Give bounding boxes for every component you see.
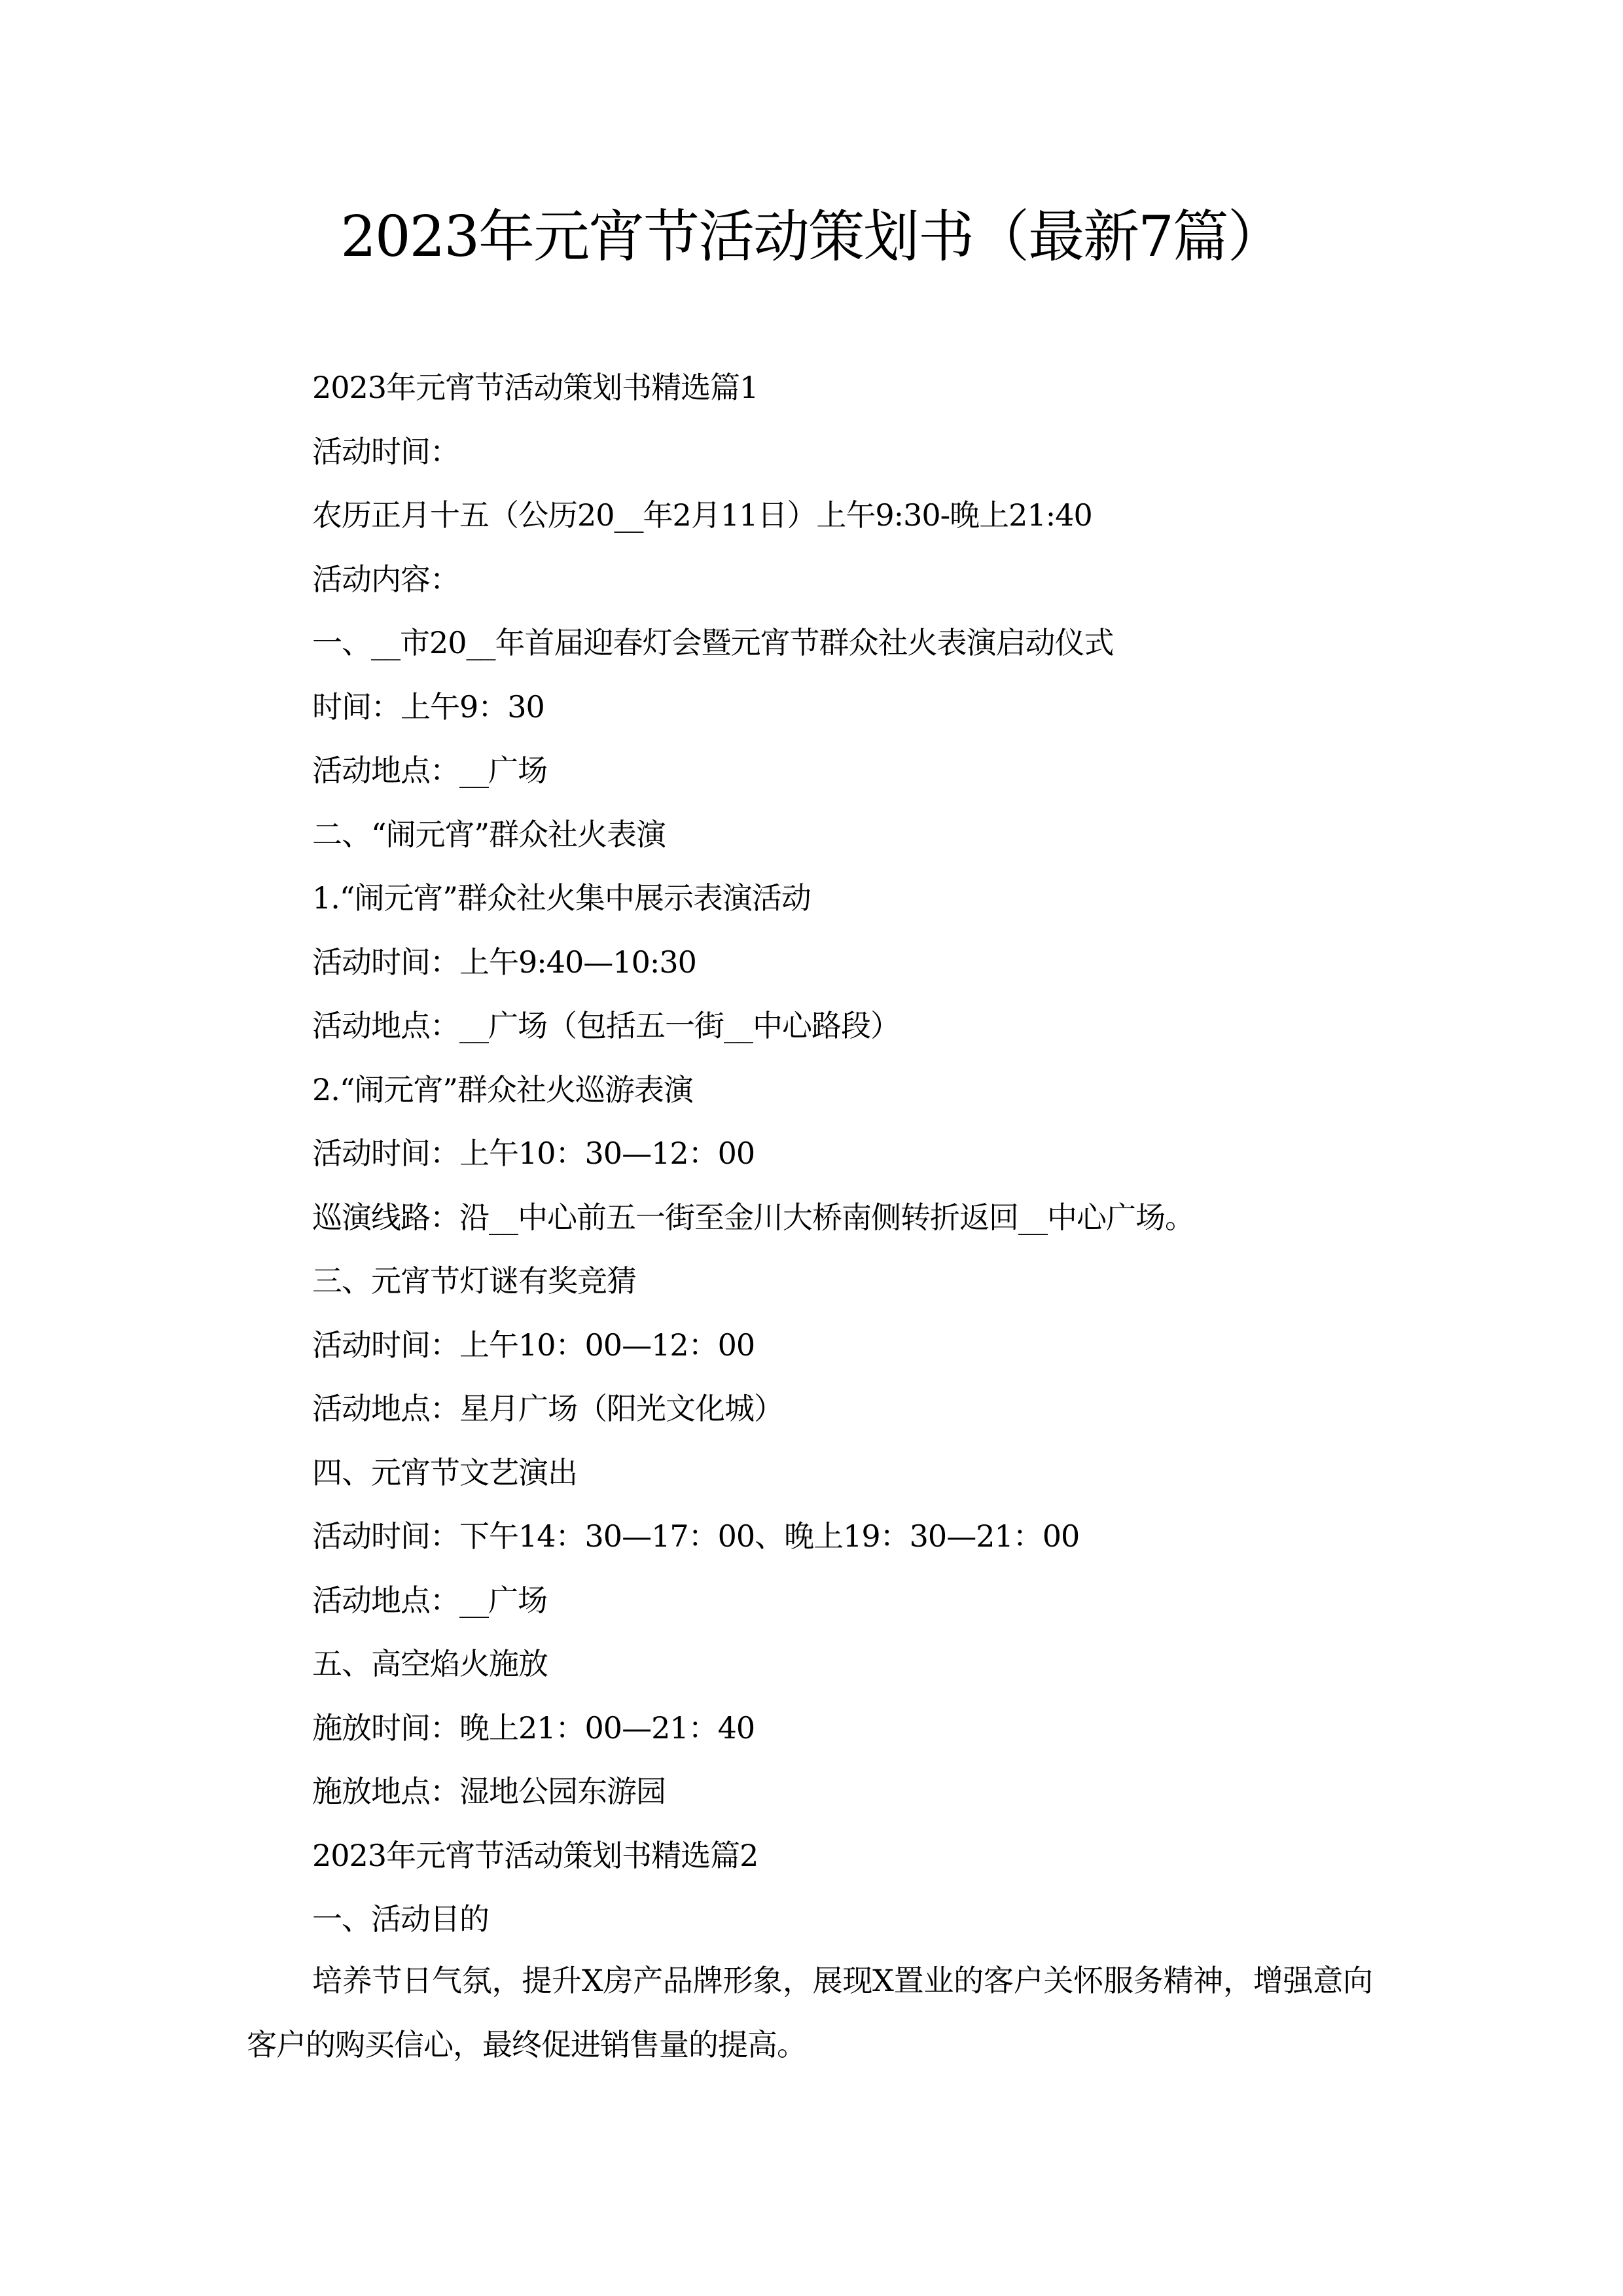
text-line: 2.“闹元宵”群众社火巡游表演 <box>312 1058 1385 1122</box>
text-line: 活动时间： <box>312 420 1385 484</box>
document-page: 2023年元宵节活动策划书（最新7篇） 2023年元宵节活动策划书精选篇1 活动… <box>0 0 1623 2296</box>
text-line: 活动内容： <box>312 548 1385 612</box>
text-line: 活动时间：上午10：30—12：00 <box>312 1122 1385 1186</box>
text-line: 活动时间：上午9:40—10:30 <box>312 931 1385 995</box>
section-heading: 2023年元宵节活动策划书精选篇2 <box>312 1824 1385 1888</box>
subsection-heading: 一、活动目的 <box>312 1888 1385 1952</box>
text-line: 五、高空焰火施放 <box>312 1632 1385 1696</box>
document-title: 2023年元宵节活动策划书（最新7篇） <box>0 198 1623 276</box>
text-line: 农历正月十五（公历20__年2月11日）上午9:30-晚上21:40 <box>312 484 1385 548</box>
text-line: 活动地点：__广场 <box>312 739 1385 803</box>
text-line: 活动地点：__广场（包括五一街__中心路段） <box>312 994 1385 1058</box>
text-line: 施放地点：湿地公园东游园 <box>312 1760 1385 1824</box>
text-line: 二、“闹元宵”群众社火表演 <box>312 803 1385 867</box>
text-line: 活动时间：上午10：00—12：00 <box>312 1314 1385 1378</box>
document-body: 2023年元宵节活动策划书精选篇1 活动时间： 农历正月十五（公历20__年2月… <box>312 356 1385 1952</box>
text-line: 施放时间：晚上21：00—21：40 <box>312 1696 1385 1761</box>
text-line: 活动地点：__广场 <box>312 1569 1385 1633</box>
text-line: 一、__市20__年首届迎春灯会暨元宵节群众社火表演启动仪式 <box>312 611 1385 675</box>
text-line: 活动时间：下午14：30—17：00、晚上19：30—21：00 <box>312 1505 1385 1569</box>
text-line: 巡演线路：沿__中心前五一街至金川大桥南侧转折返回__中心广场。 <box>312 1186 1385 1250</box>
text-line: 四、元宵节文艺演出 <box>312 1441 1385 1505</box>
text-line: 活动地点：星月广场（阳光文化城） <box>312 1377 1385 1441</box>
body-paragraph: 培养节日气氛，提升X房产品牌形象，展现X置业的客户关怀服务精神，增强意向客户的购… <box>247 1949 1372 2077</box>
text-line: 时间：上午9：30 <box>312 675 1385 740</box>
text-line: 三、元宵节灯谜有奖竞猜 <box>312 1249 1385 1314</box>
section-heading: 2023年元宵节活动策划书精选篇1 <box>312 356 1385 420</box>
text-line: 1.“闹元宵”群众社火集中展示表演活动 <box>312 867 1385 931</box>
